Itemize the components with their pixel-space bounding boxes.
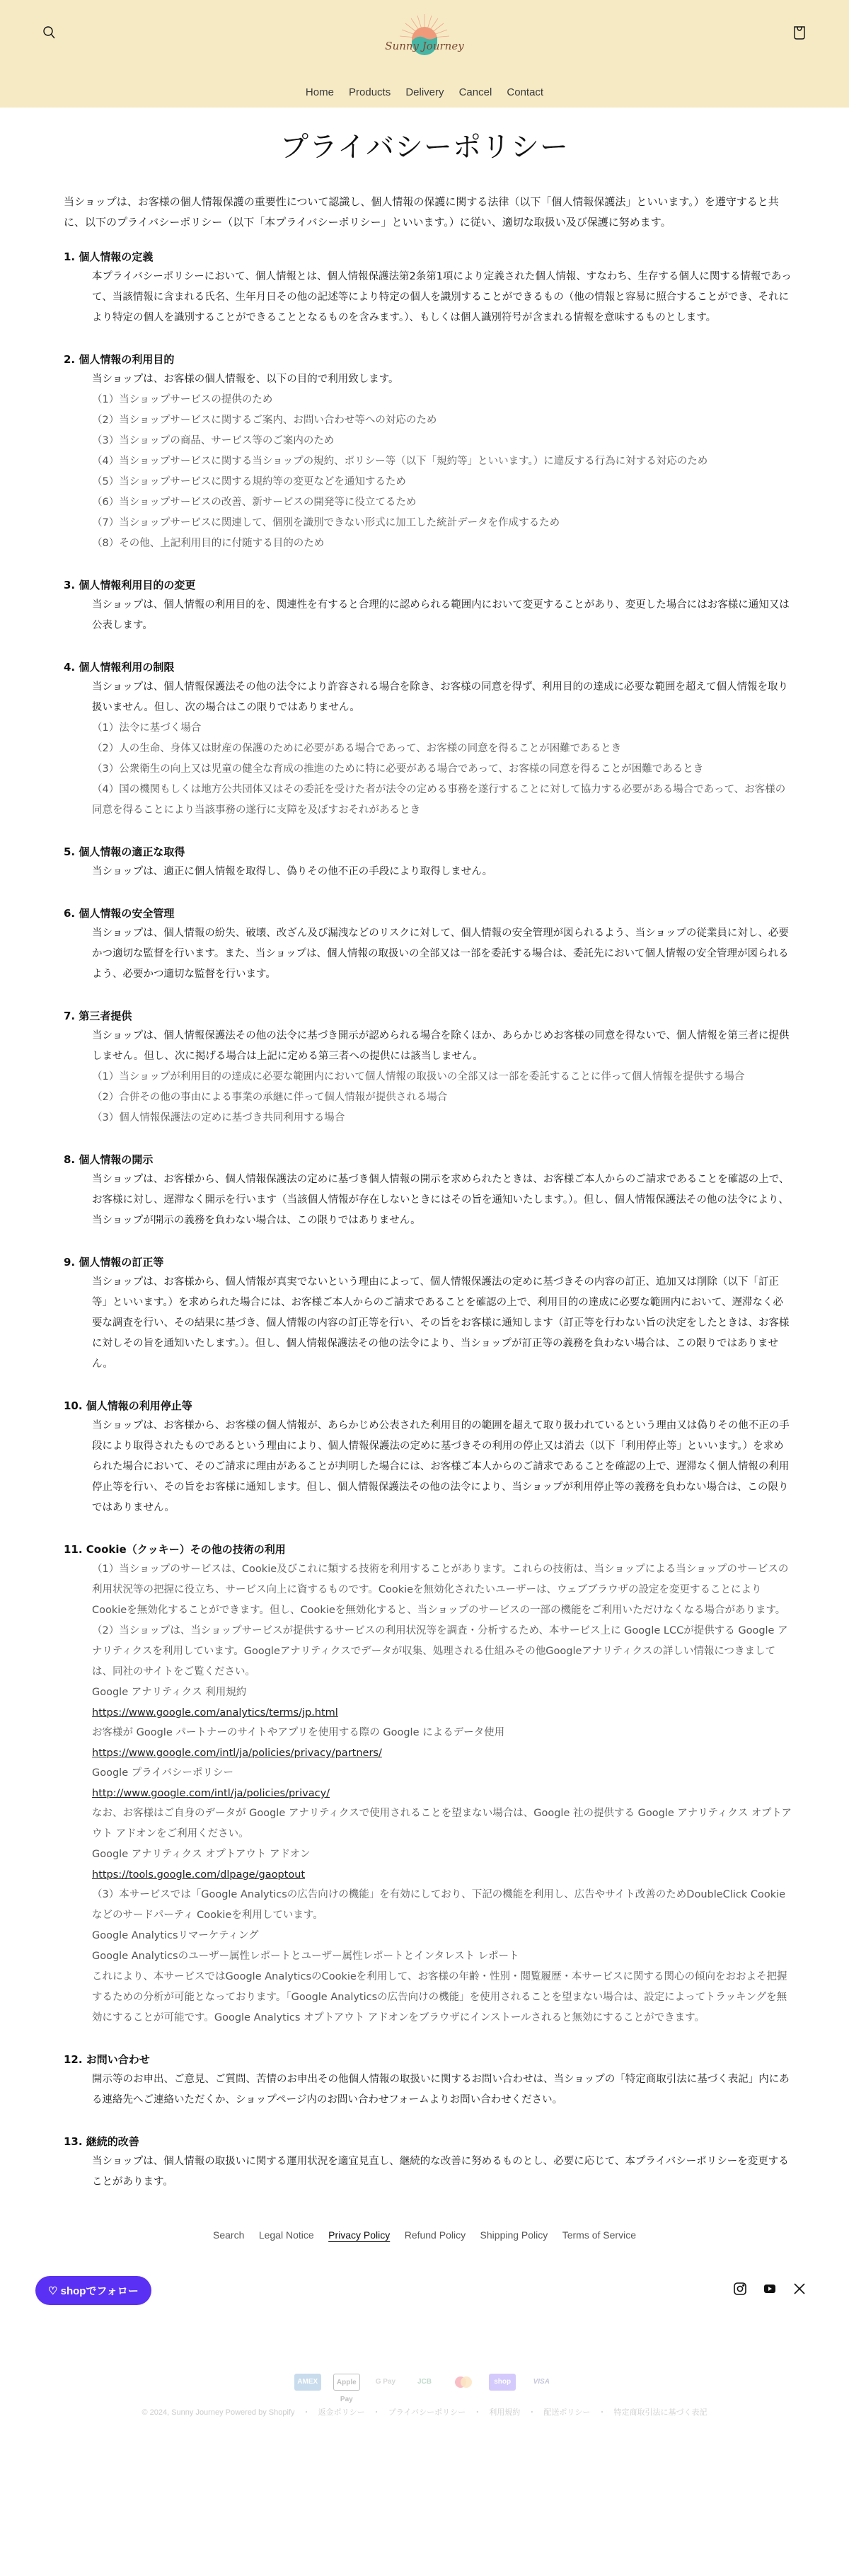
section-heading: 12. お問い合わせ	[64, 2050, 792, 2069]
section-usage-limit: 4. 個人情報利用の制限 当ショップは、個人情報保護法その他の法令により許容され…	[64, 657, 792, 821]
section-heading: 6. 個人情報の安全管理	[64, 903, 792, 923]
section-body: 本プライバシーポリシーにおいて、個人情報とは、個人情報保護法第2条第1項により定…	[92, 267, 792, 328]
policy-link-shipping[interactable]: 配送ポリシー	[543, 2408, 590, 2417]
partners-label: お客様が Google パートナーのサイトやアプリを使用する際の Google …	[92, 1723, 792, 1743]
partners-link[interactable]: https://www.google.com/intl/ja/policies/…	[92, 1743, 382, 1763]
ga-terms-link[interactable]: https://www.google.com/analytics/terms/j…	[92, 1703, 338, 1723]
section-heading: 9. 個人情報の訂正等	[64, 1252, 792, 1272]
section-body: 当ショップは、お客様から、個人情報保護法の定めに基づき個人情報の開示を求められた…	[92, 1169, 792, 1231]
policy-link-privacy[interactable]: プライバシーポリシー	[388, 2408, 466, 2417]
footer-link-privacy-policy[interactable]: Privacy Policy	[328, 2229, 390, 2241]
list-item: （3）当ショップの商品、サービス等のご案内のため	[92, 431, 792, 451]
site-footer: Search Legal Notice Privacy Policy Refun…	[0, 2229, 849, 2439]
list-item: （7）当ショップサービスに関連して、個別を識別できない形式に加工した統計データを…	[92, 513, 792, 533]
section-heading: 8. 個人情報の開示	[64, 1150, 792, 1169]
policy-link-legal[interactable]: 特定商取引法に基づく表記	[614, 2408, 707, 2417]
instagram-icon[interactable]	[733, 2282, 747, 2296]
optout-note: なお、お客様はご自身のデータが Google アナリティクスで使用されることを望…	[92, 1803, 792, 1844]
list-item: （4）当ショップサービスに関する当ショップの規約、ポリシー等（以下「規約等」とい…	[92, 451, 792, 472]
cookie-paragraph-2: （2）当ショップは、当ショップサービスが提供するサービスの利用状況等を調査・分析…	[92, 1621, 792, 1682]
section-body: 当ショップは、個人情報保護法その他の法令に基づき開示が認められる場合を除くほか、…	[92, 1026, 792, 1067]
search-icon[interactable]	[41, 24, 58, 41]
section-heading: 3. 個人情報利用目的の変更	[64, 575, 792, 595]
section-body: 当ショップは、個人情報保護法その他の法令により許容される場合を除き、お客様の同意…	[92, 677, 792, 718]
section-disclosure: 8. 個人情報の開示 当ショップは、お客様から、個人情報保護法の定めに基づき個人…	[64, 1150, 792, 1231]
list-item: （5）当ショップサービスに関する規約等の変更などを通知するため	[92, 472, 792, 492]
list-item: （4）国の機関もしくは地方公共団体又はその委託を受けた者が法令の定める事務を遂行…	[92, 780, 792, 821]
list-item: （1）法令に基づく場合	[92, 718, 792, 739]
section-improvement: 13. 継続的改善 当ショップは、個人情報の取扱いに関する運用状況を適宜見直し、…	[64, 2132, 792, 2193]
nav-cancel[interactable]: Cancel	[459, 86, 492, 98]
ga-feature-reports: Google Analyticsのユーザー属性レポートとユーザー属性レポートとイ…	[92, 1946, 792, 1967]
list-item: （3）公衆衛生の向上又は児童の健全な育成の推進のために特に必要がある場合であって…	[92, 759, 792, 780]
footer-link-search[interactable]: Search	[213, 2229, 244, 2241]
optout-link[interactable]: https://tools.google.com/dlpage/gaoptout	[92, 1865, 305, 1885]
list-item: （1）当ショップサービスの提供のため	[92, 390, 792, 410]
footer-link-shipping-policy[interactable]: Shipping Policy	[480, 2229, 548, 2241]
apple-pay-icon: Apple Pay	[333, 2374, 360, 2391]
section-definition: 1. 個人情報の定義 本プライバシーポリシーにおいて、個人情報とは、個人情報保護…	[64, 247, 792, 328]
youtube-icon[interactable]	[763, 2282, 777, 2296]
nav-home[interactable]: Home	[306, 86, 334, 98]
google-pay-icon: G Pay	[372, 2374, 399, 2391]
footer-link-refund-policy[interactable]: Refund Policy	[405, 2229, 466, 2241]
separator: ・	[473, 2408, 481, 2417]
section-body: 開示等のお申出、ご意見、ご質問、苦情のお申出その他個人情報の取扱いに関するお問い…	[92, 2069, 792, 2110]
section-correction: 9. 個人情報の訂正等 当ショップは、お客様から、個人情報が真実でないという理由…	[64, 1252, 792, 1375]
list-item: （3）個人情報保護法の定めに基づき共同利用する場合	[92, 1108, 792, 1128]
intro-text: 当ショップは、お客様の個人情報保護の重要性について認識し、個人情報の保護に関する…	[64, 192, 792, 233]
section-heading: 5. 個人情報の適正な取得	[64, 842, 792, 862]
section-body: 当ショップは、個人情報の紛失、破壊、改ざん及び漏洩などのリスクに対して、個人情報…	[92, 923, 792, 985]
section-acquisition: 5. 個人情報の適正な取得 当ショップは、適正に個人情報を取得し、偽りその他不正…	[64, 842, 792, 882]
policy-content: プライバシーポリシー 当ショップは、お客様の個人情報保護の重要性について認識し、…	[57, 108, 792, 2193]
footer-link-legal-notice[interactable]: Legal Notice	[259, 2229, 314, 2241]
nav-products[interactable]: Products	[349, 86, 391, 98]
ga-terms-label: Google アナリティクス 利用規約	[92, 1682, 792, 1703]
social-links	[733, 2282, 807, 2296]
separator: ・	[303, 2408, 311, 2417]
section-purpose: 2. 個人情報の利用目的 当ショップは、お客様の個人情報を、以下の目的で利用致し…	[64, 350, 792, 554]
section-body: 当ショップは、お客様の個人情報を、以下の目的で利用致します。	[92, 369, 792, 390]
ga-feature-remarketing: Google Analyticsリマーケティング	[92, 1926, 792, 1946]
section-third-party: 7. 第三者提供 当ショップは、個人情報保護法その他の法令に基づき開示が認められ…	[64, 1006, 792, 1128]
section-security: 6. 個人情報の安全管理 当ショップは、個人情報の紛失、破壊、改ざん及び漏洩など…	[64, 903, 792, 985]
cookie-paragraph-3: （3）本サービスでは「Google Analyticsの広告向けの機能」を有効に…	[92, 1885, 792, 1926]
section-body: 当ショップは、適正に個人情報を取得し、偽りその他不正の手段により取得しません。	[92, 862, 792, 882]
site-header: Sunny Journey Home Products Delivery Can…	[0, 0, 849, 108]
google-privacy-link[interactable]: http://www.google.com/intl/ja/policies/p…	[92, 1784, 330, 1803]
main-nav: Home Products Delivery Cancel Contact	[0, 85, 849, 98]
cart-icon[interactable]	[791, 24, 808, 41]
section-body: 当ショップは、お客様から、お客様の個人情報が、あらかじめ公表された利用目的の範囲…	[92, 1416, 792, 1518]
x-icon[interactable]	[792, 2282, 807, 2296]
section-body: 当ショップは、お客様から、個人情報が真実でないという理由によって、個人情報保護法…	[92, 1272, 792, 1375]
separator: ・	[528, 2408, 536, 2417]
cookie-paragraph-1: （1）当ショップのサービスは、Cookie及びこれに類する技術を利用することがあ…	[92, 1559, 792, 1621]
separator: ・	[373, 2408, 381, 2417]
section-heading: 4. 個人情報利用の制限	[64, 657, 792, 677]
section-heading: 11. Cookie（クッキー）その他の技術の利用	[64, 1540, 792, 1559]
payment-icons: AMEX Apple Pay G Pay JCB shop VISA	[0, 2374, 849, 2391]
list-item: （2）当ショップサービスに関するご案内、お問い合わせ等への対応のため	[92, 410, 792, 431]
brand-logo[interactable]: Sunny Journey	[379, 13, 470, 58]
cookie-paragraph-4: これにより、本サービスではGoogle AnalyticsのCookieを利用し…	[92, 1967, 792, 2028]
list-item: （8）その他、上記利用目的に付随する目的のため	[92, 533, 792, 554]
section-body: 当ショップは、個人情報の利用目的を、関連性を有すると合理的に認められる範囲内にお…	[92, 595, 792, 636]
jcb-icon: JCB	[411, 2374, 438, 2391]
page-title: プライバシーポリシー	[57, 125, 792, 165]
section-cookie: 11. Cookie（クッキー）その他の技術の利用 （1）当ショップのサービスは…	[64, 1540, 792, 2028]
separator: ・	[598, 2408, 606, 2417]
policy-link-refund[interactable]: 返金ポリシー	[318, 2408, 365, 2417]
mastercard-icon	[450, 2374, 477, 2391]
copyright-bar: © 2024, Sunny Journey Powered by Shopify…	[0, 2406, 849, 2439]
section-body: 当ショップは、個人情報の取扱いに関する運用状況を適宜見直し、継続的な改善に努める…	[92, 2152, 792, 2193]
section-heading: 2. 個人情報の利用目的	[64, 350, 792, 369]
footer-links: Search Legal Notice Privacy Policy Refun…	[0, 2229, 849, 2242]
policy-link-terms[interactable]: 利用規約	[489, 2408, 520, 2417]
nav-delivery[interactable]: Delivery	[405, 86, 444, 98]
list-item: （2）合併その他の事由による事業の承継に伴って個人情報が提供される場合	[92, 1087, 792, 1108]
google-privacy-label: Google プライバシーポリシー	[92, 1763, 792, 1784]
section-heading: 10. 個人情報の利用停止等	[64, 1396, 792, 1416]
optout-label: Google アナリティクス オプトアウト アドオン	[92, 1844, 792, 1865]
list-item: （6）当ショップサービスの改善、新サービスの開発等に役立てるため	[92, 492, 792, 513]
nav-contact[interactable]: Contact	[507, 86, 543, 98]
list-item: （1）当ショップが利用目的の達成に必要な範囲内において個人情報の取扱いの全部又は…	[92, 1067, 792, 1087]
footer-link-terms-of-service[interactable]: Terms of Service	[562, 2229, 636, 2241]
section-contact: 12. お問い合わせ 開示等のお申出、ご意見、ご質問、苦情のお申出その他個人情報…	[64, 2050, 792, 2110]
copyright-text: © 2024, Sunny Journey Powered by Shopify	[141, 2408, 294, 2417]
section-suspension: 10. 個人情報の利用停止等 当ショップは、お客様から、お客様の個人情報が、あら…	[64, 1396, 792, 1518]
list-item: （2）人の生命、身体又は財産の保護のために必要がある場合であって、お客様の同意を…	[92, 739, 792, 759]
follow-row: ♡ shopでフォロー	[0, 2269, 849, 2326]
section-heading: 7. 第三者提供	[64, 1006, 792, 1026]
section-heading: 13. 継続的改善	[64, 2132, 792, 2152]
shop-follow-button[interactable]: ♡ shopでフォロー	[35, 2276, 151, 2305]
shop-pay-icon: shop	[489, 2374, 516, 2391]
visa-icon: VISA	[528, 2374, 555, 2391]
brand-name: Sunny Journey	[385, 40, 464, 52]
section-purpose-change: 3. 個人情報利用目的の変更 当ショップは、個人情報の利用目的を、関連性を有する…	[64, 575, 792, 636]
section-heading: 1. 個人情報の定義	[64, 247, 792, 267]
amex-icon: AMEX	[294, 2374, 321, 2391]
